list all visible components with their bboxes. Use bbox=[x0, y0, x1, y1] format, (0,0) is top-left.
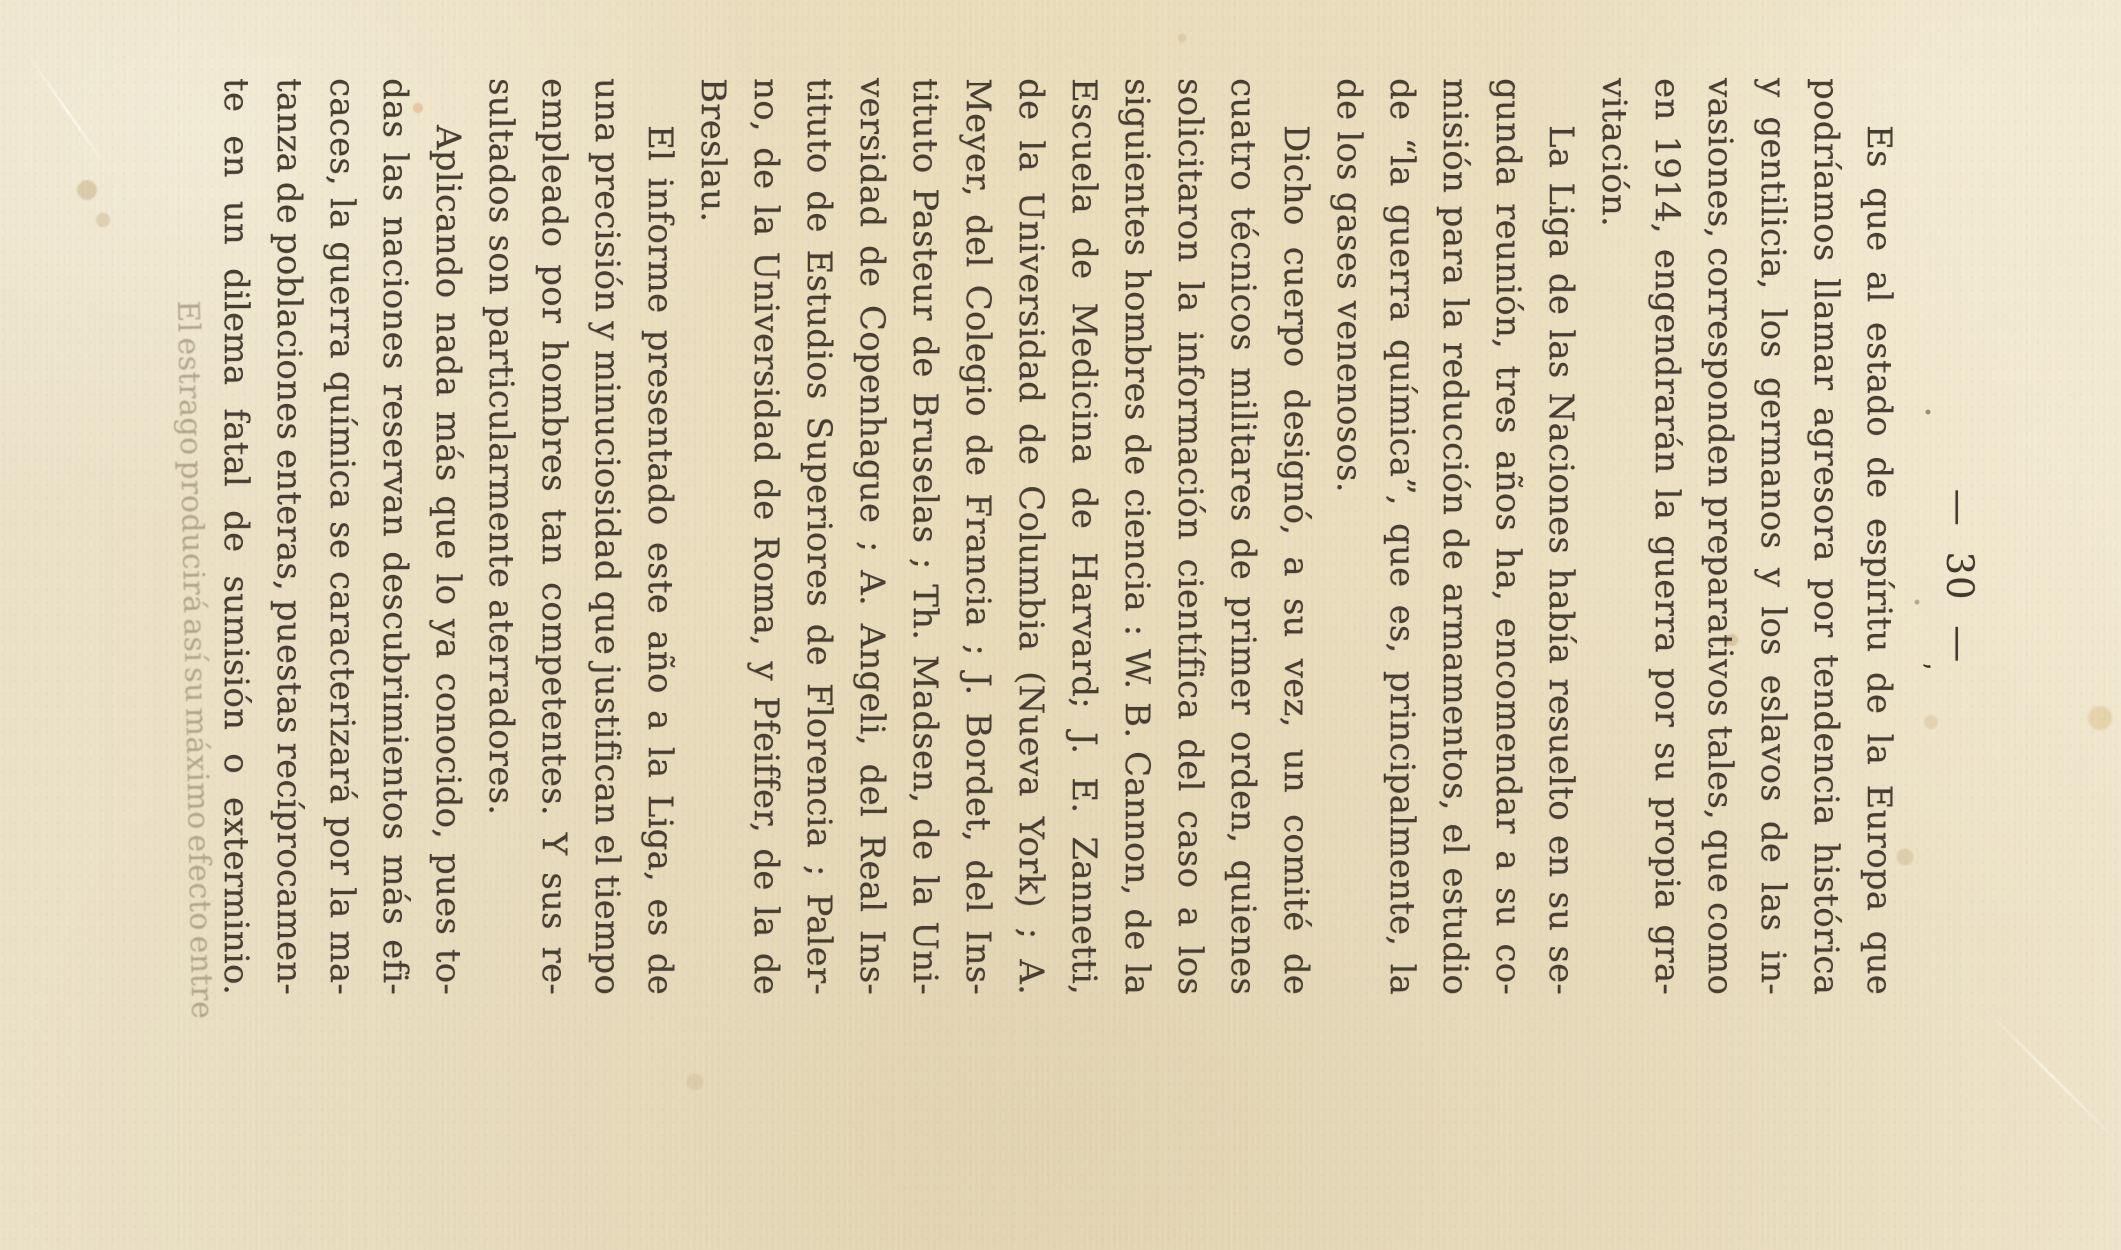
text-line: tituto Pasteur de Bruselas ; Th. Madsen,… bbox=[898, 78, 951, 995]
text-line: sultados son particularmente aterradores… bbox=[474, 78, 527, 995]
text-line: gunda reunión, tres años ha, encomendar … bbox=[1481, 78, 1534, 995]
page-number: — 30 — bbox=[1938, 0, 1981, 1152]
text-line: Es que al estado de espíritu de la Europ… bbox=[1852, 78, 1905, 995]
text-line: caces, la guerra química se caracterizar… bbox=[315, 78, 368, 995]
text-line: podríamos llamar agresora por tendencia … bbox=[1799, 78, 1852, 995]
text-line: tituto de Estudios Superiores de Florenc… bbox=[792, 78, 845, 995]
text-line: Meyer, del Colegio de Francia ; J. Borde… bbox=[951, 78, 1004, 995]
text-line: vasiones, corresponden preparativos tale… bbox=[1693, 78, 1746, 995]
text-line: das las naciones reservan descubrimiento… bbox=[368, 78, 421, 995]
text-line: misión para la reducción de armamentos, … bbox=[1428, 78, 1481, 995]
text-line: de “la guerra química”, que es, principa… bbox=[1375, 78, 1428, 995]
text-line: Aplicando nada más que lo ya conocido, p… bbox=[421, 78, 474, 995]
text-line: en 1914, engendrarán la guerra por su pr… bbox=[1640, 78, 1693, 995]
text-line: cuatro técnicos militares de primer orde… bbox=[1216, 78, 1269, 995]
book-page: — 30 — , Es que al estado de espíritu de… bbox=[0, 0, 2121, 1250]
text-line: tanza de poblaciones enteras, puestas re… bbox=[262, 78, 315, 995]
text-line: de los gases venenosos. bbox=[1322, 78, 1375, 995]
text-line: te en un dilema fatal de sumisión o exte… bbox=[209, 78, 262, 995]
text-line: de la Universidad de Columbia (Nueva Yor… bbox=[1004, 78, 1057, 995]
text-line: no, de la Universidad de Roma, y Pfeiffe… bbox=[739, 78, 792, 995]
text-line: La Liga de las Naciones había resuelto e… bbox=[1534, 78, 1587, 995]
text-line: Dicho cuerpo designó, a su vez, un comit… bbox=[1269, 78, 1322, 995]
text-line: empleado por hombres tan competentes. Y … bbox=[527, 78, 580, 995]
text-line: Escuela de Medicina de Harvard; J. E. Za… bbox=[1057, 78, 1110, 995]
body-text: Es que al estado de espíritu de la Europ… bbox=[209, 78, 1905, 995]
text-line: y gentilicia, los germanos y los eslavos… bbox=[1746, 78, 1799, 995]
text-line: vitación. bbox=[1587, 78, 1640, 995]
text-line: El informe presentado este año a la Liga… bbox=[633, 78, 686, 995]
text-line: siguientes hombres de ciencia : W. B. Ca… bbox=[1110, 78, 1163, 995]
text-line: solicitaron la información científica de… bbox=[1163, 78, 1216, 995]
text-line: Breslau. bbox=[686, 78, 739, 995]
text-line: una precisión y minuciosidad que justifi… bbox=[580, 78, 633, 995]
text-line: versidad de Copenhague ; A. Angeli, del … bbox=[845, 78, 898, 995]
scanned-book-page: { "page": { "number": "30", "number_disp… bbox=[0, 0, 2121, 1250]
